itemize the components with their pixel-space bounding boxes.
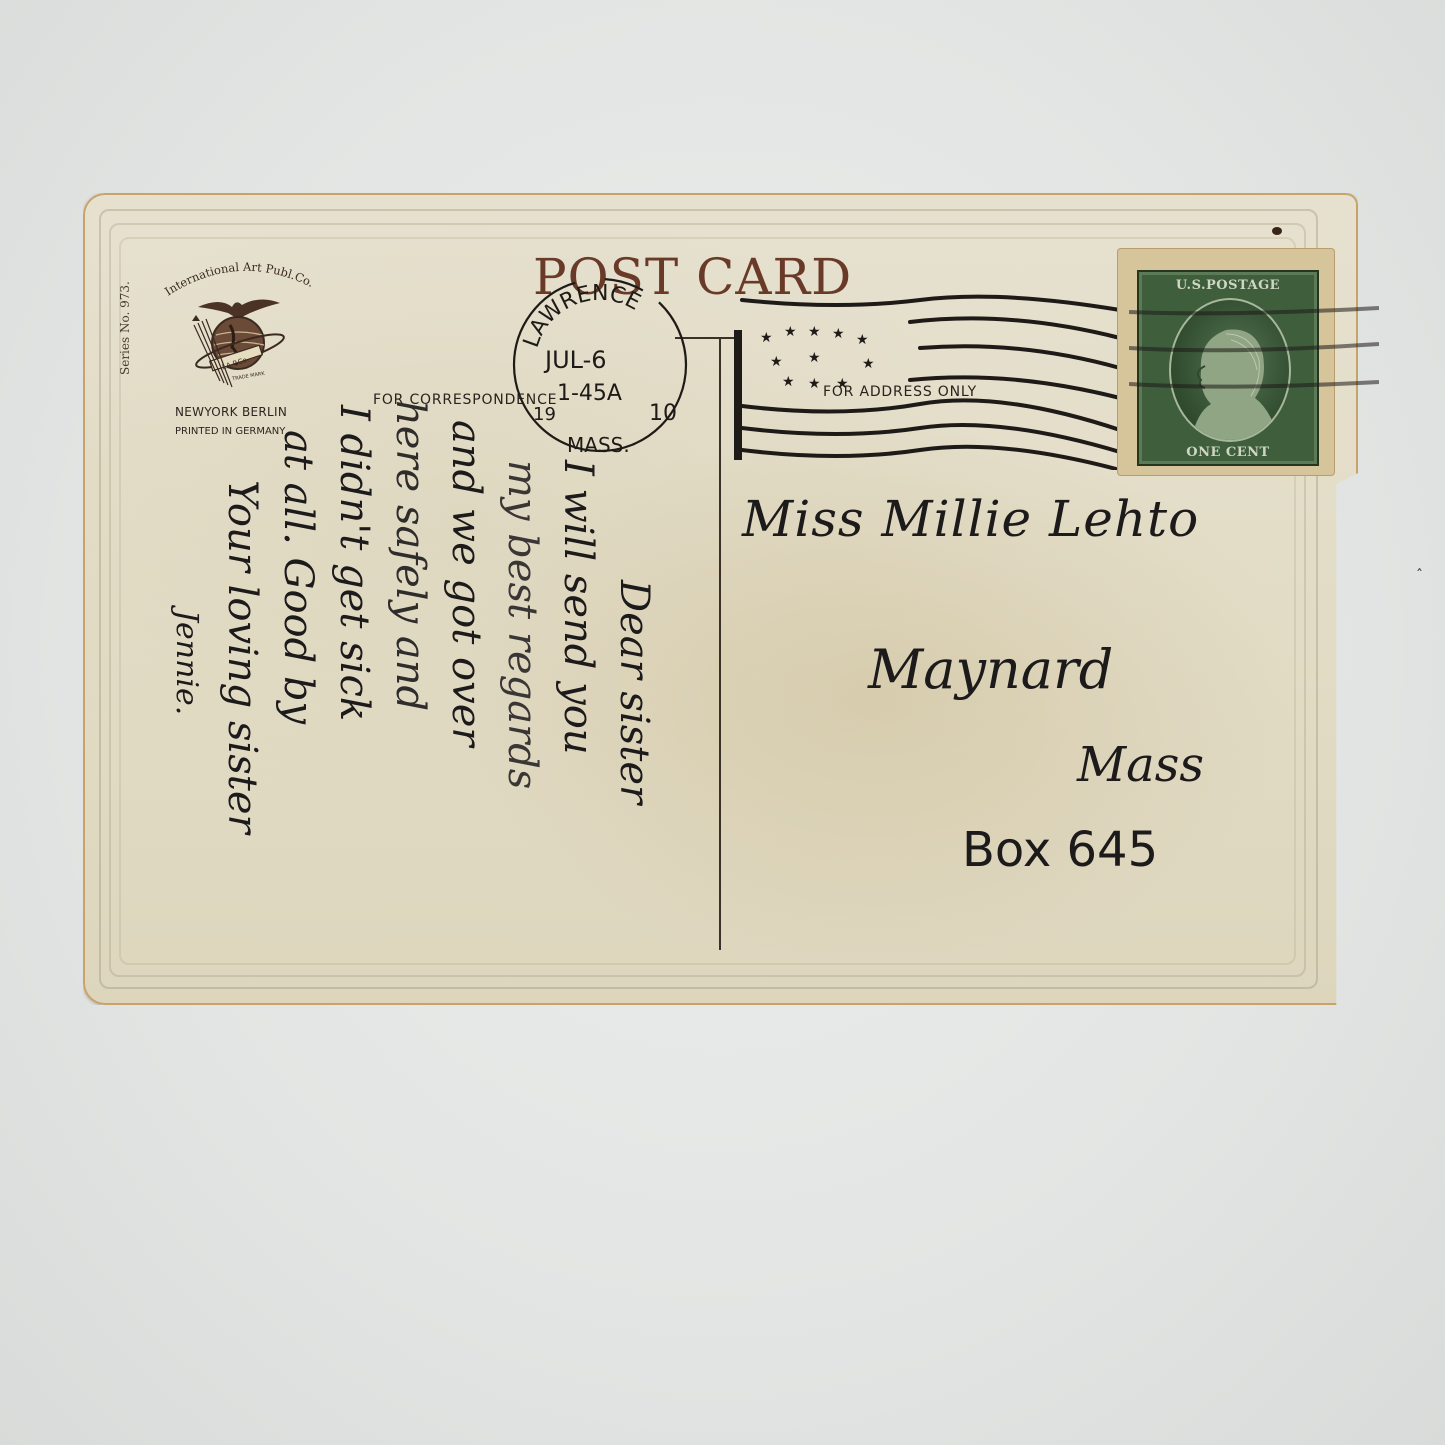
flag-cancel-icon: ★★★★★ ★★★ ★★★: [720, 270, 1140, 470]
svg-text:★: ★: [836, 376, 849, 392]
postmark-year-prefix: 19: [533, 404, 556, 425]
eagle-globe-icon: I.A.P.Co. TRADE MARK: [180, 285, 290, 395]
message-line: my best regards: [494, 460, 550, 834]
message-line: Dear sister: [606, 580, 662, 834]
postmark: LAWRENCE JUL-6 1-45A 19 10 MASS.: [505, 270, 695, 460]
message-line: I will send you: [550, 460, 606, 834]
ink-blot: [1272, 227, 1282, 235]
postmark-city: LAWRENCE: [519, 281, 645, 351]
message-line: and we got over: [438, 420, 494, 834]
svg-text:TRADE MARK: TRADE MARK: [231, 371, 266, 383]
message-line: Your loving sister: [214, 480, 270, 834]
svg-text:★: ★: [770, 354, 783, 370]
stamp-top-text: U.S.POSTAGE: [1139, 278, 1317, 293]
svg-text:★: ★: [862, 356, 875, 372]
svg-text:★: ★: [760, 330, 773, 346]
postmark-time: 1-45A: [557, 381, 622, 406]
svg-text:★: ★: [856, 332, 869, 348]
recipient-city: Maynard: [868, 638, 1113, 701]
recipient-name: Miss Millie Lehto: [742, 490, 1199, 548]
message-line: at all. Good by: [270, 430, 326, 834]
cancellation-lines: [1129, 302, 1379, 452]
recipient-state: Mass: [1077, 737, 1204, 793]
svg-text:★: ★: [808, 376, 821, 392]
postmark-date: JUL-6: [543, 346, 607, 374]
svg-text:★: ★: [784, 324, 797, 340]
publisher-location: NEWYORK BERLIN: [175, 405, 287, 419]
recipient-box: Box 645: [962, 822, 1158, 878]
svg-text:★: ★: [808, 324, 821, 340]
postage-stamp: U.S.POSTAGE ONE CENT: [1117, 248, 1335, 476]
handwritten-message: Dear sister I will send you my best rega…: [158, 580, 662, 834]
svg-text:★: ★: [832, 326, 845, 342]
printed-in-label: PRINTED IN GERMANY: [175, 426, 285, 437]
message-line: here safely and: [382, 400, 438, 834]
postmark-state: MASS.: [567, 433, 630, 457]
svg-text:LAWRENCE: LAWRENCE: [519, 281, 645, 351]
stray-mark: ˆ: [1416, 568, 1423, 584]
message-line: I didn't get sick: [326, 405, 382, 834]
svg-text:★: ★: [782, 374, 795, 390]
series-number: Series No. 973.: [118, 281, 132, 375]
svg-text:★: ★: [808, 350, 821, 366]
postmark-year-suffix: 10: [649, 401, 677, 426]
message-signature: Jennie.: [158, 610, 214, 834]
